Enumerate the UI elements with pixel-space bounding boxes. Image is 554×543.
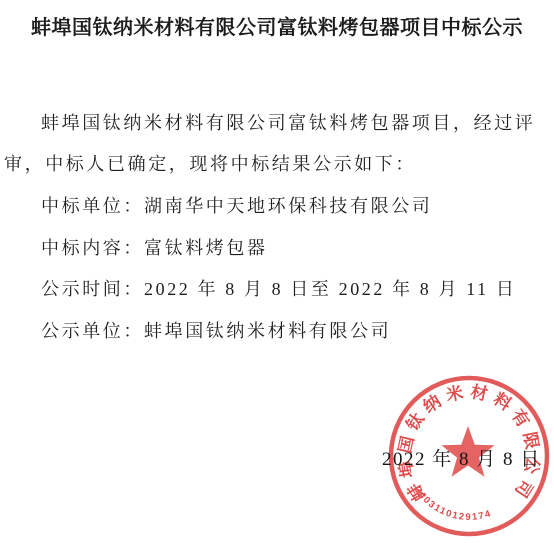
detail-row-period: 公示时间：2022 年 8 月 8 日至 2022 年 8 月 11 日: [0, 269, 554, 311]
detail-row-winner: 中标单位：湖南华中天地环保科技有限公司: [0, 186, 554, 228]
detail-value: 湖南华中天地环保科技有限公司: [144, 196, 432, 216]
detail-row-publisher: 公示单位：蚌埠国钛纳米材料有限公司: [0, 311, 554, 353]
detail-row-content: 中标内容：富钛料烤包器: [0, 228, 554, 270]
detail-label: 中标单位：: [41, 196, 144, 216]
issue-date: 2022 年 8 月 8 日: [382, 444, 541, 471]
page-title: 蚌埠国钛纳米材料有限公司富钛料烤包器项目中标公示: [0, 0, 554, 42]
paragraph-line: 审，中标人已确定，现将中标结果公示如下：: [0, 144, 554, 185]
detail-value: 富钛料烤包器: [144, 238, 268, 258]
detail-value: 2022 年 8 月 8 日至 2022 年 8 月 11 日: [144, 279, 516, 299]
announcement-page: 蚌埠国钛纳米材料有限公司富钛料烤包器项目中标公示 蚌埠国钛纳米材料有限公司富钛料…: [0, 0, 554, 543]
detail-value: 蚌埠国钛纳米材料有限公司: [144, 321, 391, 341]
detail-label: 公示时间：: [41, 279, 144, 299]
paragraph-line: 蚌埠国钛纳米材料有限公司富钛料烤包器项目，经过评: [0, 103, 554, 144]
detail-label: 公示单位：: [41, 321, 144, 341]
detail-label: 中标内容：: [41, 238, 144, 258]
body-paragraph: 蚌埠国钛纳米材料有限公司富钛料烤包器项目，经过评 审，中标人已确定，现将中标结果…: [0, 103, 554, 352]
detail-list: 中标单位：湖南华中天地环保科技有限公司 中标内容：富钛料烤包器 公示时间：202…: [0, 186, 554, 352]
